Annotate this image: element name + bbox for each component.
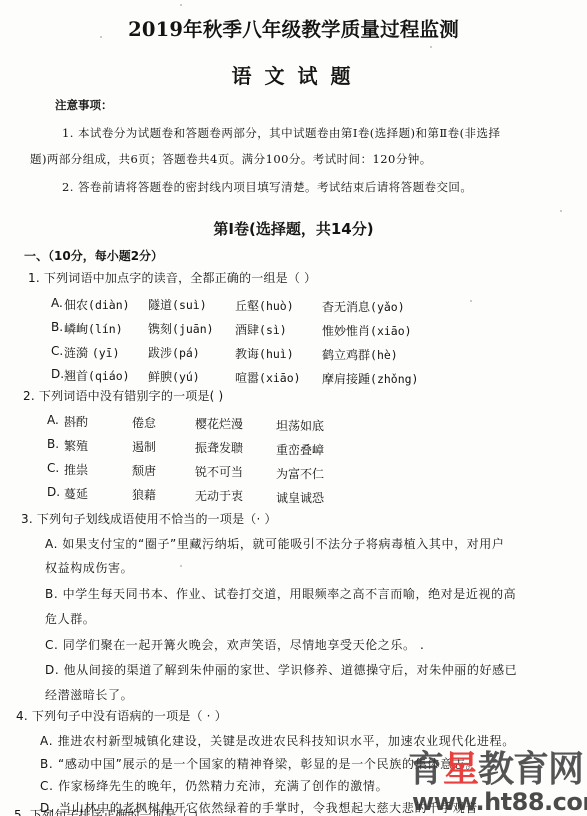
q2-a-item-3: 樱花烂漫 xyxy=(195,415,243,432)
scan-speck xyxy=(180,565,182,567)
q1-c-item-3: 教诲(huì) xyxy=(235,345,294,362)
q1-c-item-2: 跋涉(pá) xyxy=(148,344,200,361)
q2-c-item-4: 为富不仁 xyxy=(276,465,324,482)
notice-item-2: 2. 答卷前请将答题卷的密封线内项目填写清楚。考试结束后请将答题卷交回。 xyxy=(62,179,472,195)
part-heading: 一、（10分，每小题2分） xyxy=(24,247,163,264)
q2-c-item-3: 锐不可当 xyxy=(195,463,243,480)
scan-speck xyxy=(560,210,562,212)
q2-b-item-1: 繁殖 xyxy=(64,437,88,454)
q2-c-item-1: 推祟 xyxy=(64,461,88,478)
q2-b-item-4: 重峦叠嶂 xyxy=(276,441,324,458)
q1-a-item-1: 佃农(diàn) xyxy=(64,296,130,313)
q2-b-item-3: 振聋发聩 xyxy=(195,439,243,456)
q2-option-label-a: A. xyxy=(47,413,59,427)
scan-speck xyxy=(470,300,472,302)
notice-item-1: 1. 本试卷分为试题卷和答题卷两部分，其中试题卷由第Ⅰ卷(选择题)和第Ⅱ卷(非选… xyxy=(62,125,500,141)
q1-c-item-1: 涟漪 (yī) xyxy=(64,344,120,361)
q1-b-item-4: 惟妙惟肖(xiāo) xyxy=(322,322,412,339)
q1-b-item-2: 镌刻(juān) xyxy=(148,320,214,337)
q3-option-d-line-2: 经潜滋暗长了。 xyxy=(45,686,133,703)
q2-option-label-d: D. xyxy=(47,485,60,499)
q1-d-item-4: 摩肩接踵(zhǒng) xyxy=(322,370,418,387)
q4-option-a: A. 推进农村新型城镇化建设，关键是改进农民科技知识水平，加速农业现代化进程。 xyxy=(40,732,515,749)
q1-option-label-a: A. xyxy=(51,296,63,310)
q1-c-item-4: 鹤立鸡群(hè) xyxy=(322,346,398,363)
scan-speck xyxy=(100,36,102,38)
q2-d-item-1: 蔓延 xyxy=(64,485,88,502)
notice-item-1-cont: 题)两部分组成，共6页；答题卷共4页。满分100分。考试时间：120分钟。 xyxy=(30,151,432,167)
q1-option-label-b: B. xyxy=(51,320,63,334)
question-5-stem: 5. 下列句子排序正确的一项是（ ） xyxy=(14,806,205,816)
q3-option-a-line-2: 权益构成伤害。 xyxy=(45,559,133,576)
question-2-stem: 2. 下列词语中没有错别字的一项是( ) xyxy=(23,387,223,404)
scan-speck xyxy=(180,4,182,6)
exam-subject-title: 语文试题 xyxy=(0,60,587,89)
q2-option-label-b: B. xyxy=(47,437,59,451)
q2-c-item-2: 颓唐 xyxy=(132,462,156,479)
q1-option-label-c: C. xyxy=(51,344,63,358)
q2-a-item-1: 斟酌 xyxy=(64,413,88,430)
q3-option-c: C. 同学们聚在一起开篝火晚会，欢声笑语，尽情地享受天伦之乐。 . xyxy=(45,636,424,653)
watermark-url: www.ht88.com xyxy=(412,790,587,814)
q1-b-item-3: 酒肆(sì) xyxy=(235,321,287,338)
q1-a-item-4: 杳无消息(yǎo) xyxy=(322,298,405,315)
q1-option-label-d: D. xyxy=(51,367,64,381)
watermark-brand: 育星教育网 xyxy=(408,752,583,788)
q2-d-item-4: 诚皇诚恐 xyxy=(276,489,324,506)
q1-b-item-1: 嶙峋(lín) xyxy=(64,320,123,337)
q3-option-b-line-2: 危人群。 xyxy=(45,610,95,627)
section-title: 第Ⅰ卷(选择题，共14分) xyxy=(0,218,587,239)
q1-a-item-2: 隧道(suì) xyxy=(148,296,207,313)
q4-option-c: C. 作家杨绛先生的晚年，仍然精力充沛，充满了创作的激情。 xyxy=(40,777,388,794)
q2-option-label-c: C. xyxy=(47,461,59,475)
q2-d-item-3: 无动于衷 xyxy=(195,487,243,504)
exam-title: 2019年秋季八年级教学质量过程监测 xyxy=(0,14,587,42)
q1-a-item-3: 丘壑(huò) xyxy=(235,297,294,314)
q2-b-item-2: 遏制 xyxy=(132,438,156,455)
scan-speck xyxy=(430,46,432,48)
q3-option-a-line-1: A. 如果支付宝的“圈子”里藏污纳垢，就可能吸引不法分子将病毒植入其中，对用户 xyxy=(45,535,504,552)
q2-d-item-2: 狼藉 xyxy=(132,486,156,503)
q3-option-b-line-1: B. 中学生每天同书本、作业、试卷打交道，用眼频率之高不言而喻，绝对是近视的高 xyxy=(45,585,516,602)
q2-a-item-4: 坦荡如底 xyxy=(276,417,324,434)
q3-option-d-line-1: D. 他从间接的渠道了解到朱仲丽的家世、学识修养、道德操守后，对朱仲丽的好感已 xyxy=(45,661,517,678)
notice-heading: 注意事项： xyxy=(55,97,113,113)
q1-d-item-3: 喧嚣(xiāo) xyxy=(235,369,301,386)
question-3-stem: 3. 下列句子划线成语使用不恰当的一项是（· ） xyxy=(21,510,277,527)
q2-a-item-2: 倦怠 xyxy=(132,414,156,431)
q1-d-item-1: 翘首(qiáo) xyxy=(64,367,130,384)
question-4-stem: 4. 下列句子中没有语病的一项是（ · ） xyxy=(16,707,227,724)
q1-d-item-2: 鲜腴(yú) xyxy=(148,368,200,385)
exam-page: 2019年秋季八年级教学质量过程监测 语文试题 注意事项： 1. 本试卷分为试题… xyxy=(0,0,587,816)
question-1-stem: 1. 下列词语中加点字的读音，全都正确的一组是（ ） xyxy=(28,269,316,286)
